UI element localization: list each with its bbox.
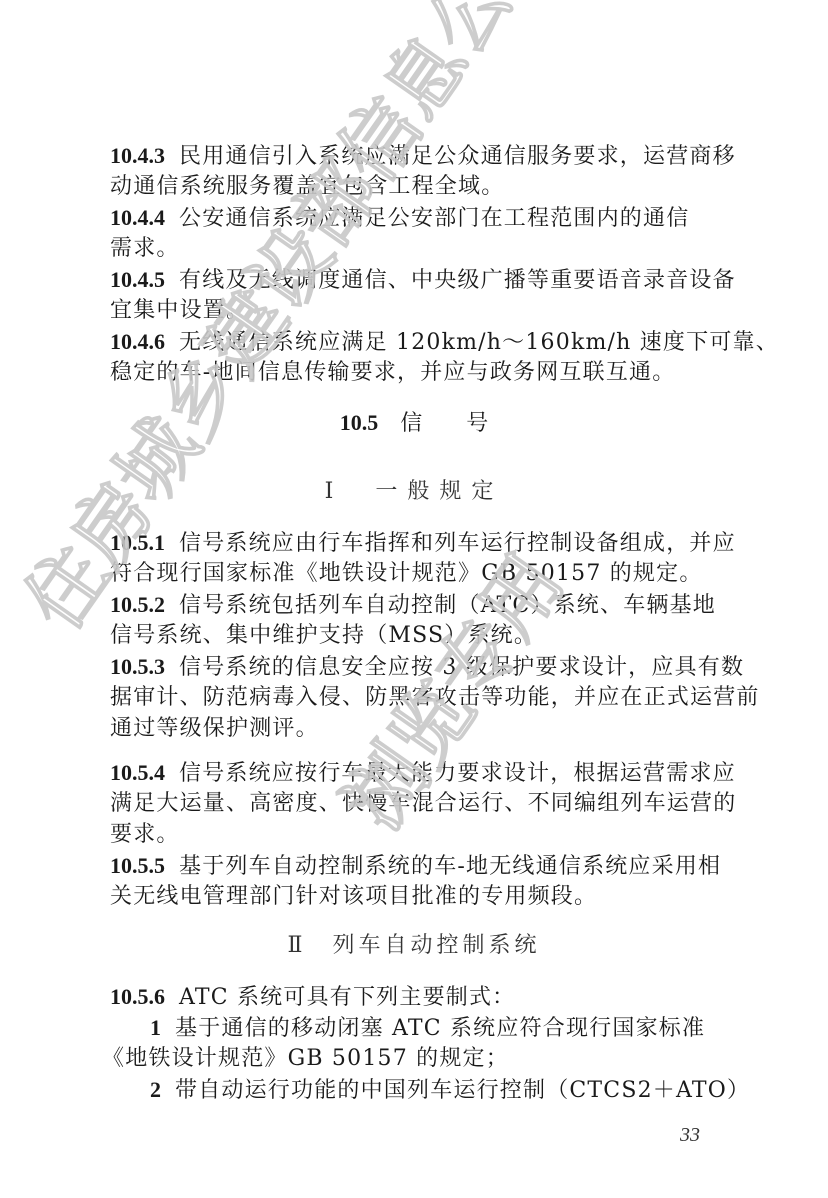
clause-text-line: 据审计、防范病毒入侵、防黑客攻击等功能，并应在正式运营前	[110, 683, 722, 713]
page-number: 33	[680, 1124, 700, 1147]
document-page: 10.4.3民用通信引入系统应满足公众通信服务要求，运营商移 动通信系统服务覆盖…	[0, 0, 828, 1198]
clause-10-5-2: 10.5.2信号系统包括列车自动控制（ATC）系统、车辆基地	[110, 590, 722, 621]
clause-10-4-3: 10.4.3民用通信引入系统应满足公众通信服务要求，运营商移	[110, 141, 722, 172]
section-title: 10.5信号	[0, 408, 828, 439]
clause-text-line: 符合现行国家标准《地铁设计规范》GB 50157 的规定。	[110, 559, 722, 589]
clause-text-line: 关无线电管理部门针对该项目批准的专用频段。	[110, 882, 722, 912]
clause-10-5-1: 10.5.1信号系统应由行车指挥和列车运行控制设备组成，并应	[110, 528, 722, 559]
clause-text-line: 满足大运量、高密度、快慢车混合运行、不同编组列车运营的	[110, 789, 722, 819]
clause-text-line: 通过等级保护测评。	[110, 714, 722, 744]
subheading-atc: Ⅱ 列车自动控制系统	[0, 931, 828, 961]
clause-text-line: 宜集中设置。	[110, 296, 722, 326]
clause-text-line: 需求。	[110, 234, 722, 264]
clause-10-5-3: 10.5.3信号系统的信息安全应按 3 级保护要求设计，应具有数	[110, 652, 722, 683]
clause-10-4-4: 10.4.4公安通信系统应满足公安部门在工程范围内的通信	[110, 203, 722, 234]
subheading-general: Ⅰ 一般规定	[0, 477, 828, 507]
clause-10-5-5: 10.5.5基于列车自动控制系统的车-地无线通信系统应采用相	[110, 851, 722, 882]
clause-text-line: 信号系统、集中维护支持（MSS）系统。	[110, 621, 722, 651]
clause-10-5-4: 10.5.4信号系统应按行车最大能力要求设计，根据运营需求应	[110, 758, 722, 789]
clause-10-5-6: 10.5.6ATC 系统可具有下列主要制式：	[110, 982, 722, 1013]
clause-text-line: 稳定的车-地间信息传输要求，并应与政务网互联互通。	[110, 358, 722, 388]
clause-text-line: 《地铁设计规范》GB 50157 的规定；	[102, 1044, 714, 1074]
clause-10-4-6: 10.4.6无线通信系统应满足 120km/h～160km/h 速度下可靠、	[110, 327, 722, 358]
clause-item-2: 2带自动运行功能的中国列车运行控制（CTCS2＋ATO）	[150, 1075, 762, 1106]
clause-10-4-5: 10.4.5有线及无线调度通信、中央级广播等重要语音录音设备	[110, 265, 722, 296]
clause-text-line: 要求。	[110, 820, 722, 850]
clause-item-1: 1基于通信的移动闭塞 ATC 系统应符合现行国家标准	[150, 1013, 762, 1044]
clause-text-line: 动通信系统服务覆盖宜包含工程全域。	[110, 172, 722, 202]
